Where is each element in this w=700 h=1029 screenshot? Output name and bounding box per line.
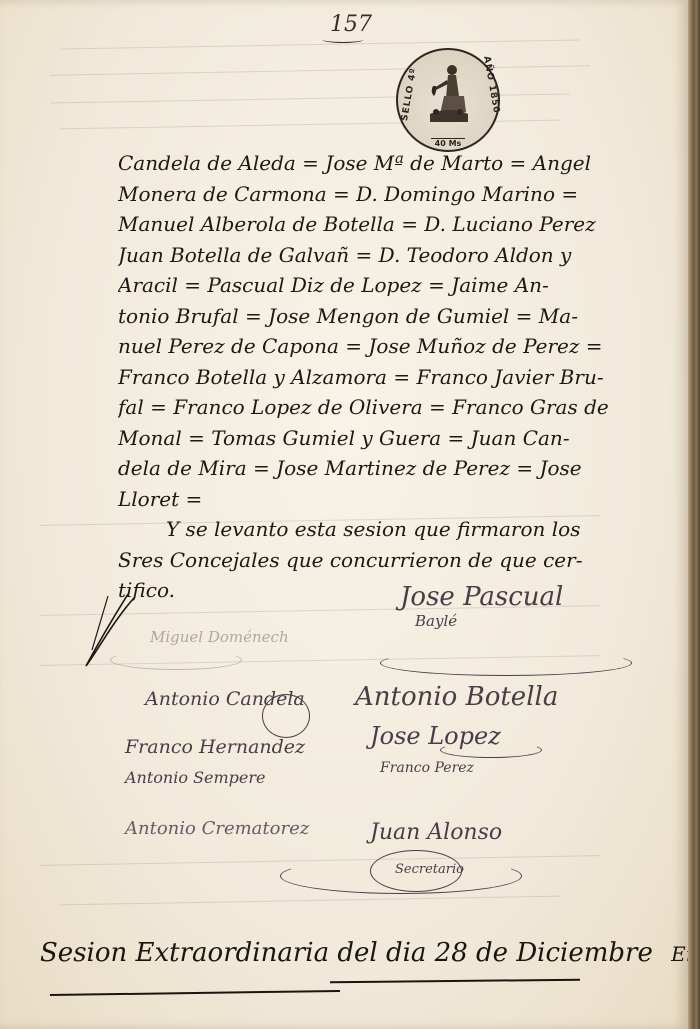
signature-rubric-circle (262, 694, 310, 738)
bleed-through-line (60, 896, 560, 906)
minutes-body: Candela de Aleda = Jose Mª de Marto = An… (118, 148, 678, 606)
seated-allegory-figure-icon (426, 62, 470, 128)
closing-line: tifico. (118, 575, 678, 606)
book-spine-edge (688, 0, 700, 1029)
signature: Franco Perez (380, 760, 474, 776)
stamp-left-text: SELLO 4º (400, 67, 419, 122)
closing-line: Y se levanto esta sesion que firmaron lo… (118, 514, 678, 545)
heading-underline (50, 990, 340, 996)
signature-rubric (280, 858, 522, 894)
body-line: dela de Mira = Jose Martinez de Perez = … (118, 453, 678, 484)
signature-rubric (380, 650, 632, 676)
signature: Juan Alonso (370, 820, 502, 845)
body-line: fal = Franco Lopez de Olivera = Franco G… (118, 392, 678, 423)
signature-title: Baylé (415, 612, 457, 630)
body-line: Aracil = Pascual Diz de Lopez = Jaime An… (118, 270, 678, 301)
signature-rubric (110, 650, 242, 670)
tax-stamp-seal: SELLO 4º AÑO 1850 40 Ms (396, 48, 500, 152)
body-line: nuel Perez de Capona = Jose Muñoz de Per… (118, 331, 678, 362)
folio-underline (322, 36, 364, 43)
next-session-heading: Sesion Extraordinaria del dia 28 de Dici… (40, 938, 680, 968)
heading-underline (330, 979, 580, 984)
body-line: Franco Botella y Alzamora = Franco Javie… (118, 362, 678, 393)
signature: Miguel Doménech (150, 628, 289, 646)
body-line: Juan Botella de Galvañ = D. Teodoro Aldo… (118, 240, 678, 271)
body-line: Monal = Tomas Gumiel y Guera = Juan Can- (118, 423, 678, 454)
signature: Franco Hernandez (125, 736, 305, 758)
signature: Antonio Sempere (125, 768, 266, 787)
stamp-right-text: AÑO 1850 (481, 55, 501, 114)
folio-number: 157 (330, 12, 372, 37)
signature: Antonio Botella (355, 682, 558, 712)
body-line: Candela de Aleda = Jose Mª de Marto = An… (118, 148, 678, 179)
body-line: Manuel Alberola de Botella = D. Luciano … (118, 209, 678, 240)
session-heading-text: Sesion Extraordinaria del dia 28 de Dici… (40, 938, 653, 968)
bleed-through-line (60, 39, 580, 49)
signature: Jose Pascual (400, 582, 563, 612)
closing-line: Sres Concejales que concurrieron de que … (118, 545, 678, 576)
signature-rubric (440, 742, 542, 758)
body-line: Lloret = (118, 484, 678, 515)
body-line: Monera de Carmona = D. Domingo Marino = (118, 179, 678, 210)
manuscript-page: 157 SELLO 4º AÑO 1850 40 Ms Candela de A… (0, 0, 688, 1029)
signature: Antonio Crematorez (125, 818, 309, 839)
body-line: tonio Brufal = Jose Mengon de Gumiel = M… (118, 301, 678, 332)
bleed-through-line (50, 65, 590, 75)
